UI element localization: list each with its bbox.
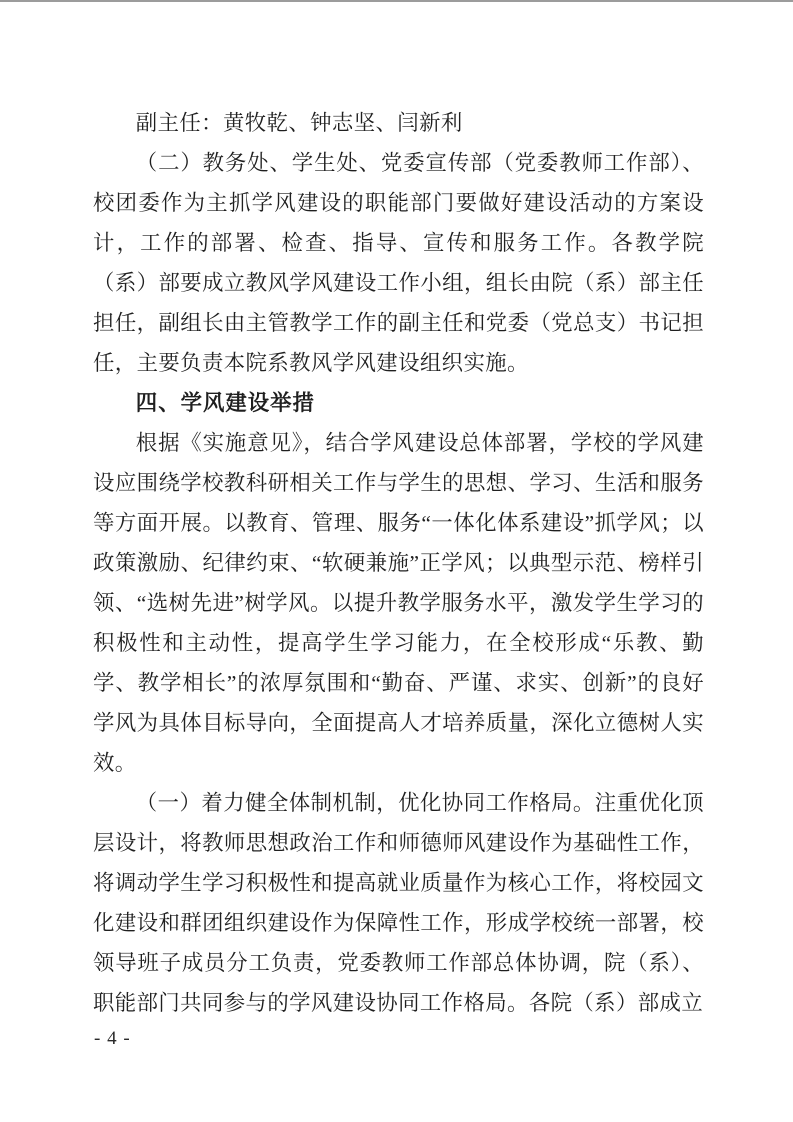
document-body: 副主任：黄牧乾、钟志坚、闫新利 （二）教务处、学生处、党委宣传部（党委教师工作部… <box>93 103 704 1023</box>
paragraph-deputy-directors: 副主任：黄牧乾、钟志坚、闫新利 <box>93 103 704 143</box>
paragraph-overall-plan: 根据《实施意见》，结合学风建设总体部署，学校的学风建设应围绕学校教科研相关工作与… <box>93 423 704 783</box>
document-page: 副主任：黄牧乾、钟志坚、闫新利 （二）教务处、学生处、党委宣传部（党委教师工作部… <box>0 0 793 1122</box>
heading-section-four: 四、学风建设举措 <box>93 383 704 423</box>
paragraph-section-two-departments: （二）教务处、学生处、党委宣传部（党委教师工作部）、校团委作为主抓学风建设的职能… <box>93 143 704 383</box>
page-number: - 4 - <box>94 1028 131 1050</box>
page-top-edge-line <box>0 0 793 2</box>
paragraph-item-one-mechanism: （一）着力健全体制机制，优化协同工作格局。注重优化顶层设计，将教师思想政治工作和… <box>93 783 704 1023</box>
